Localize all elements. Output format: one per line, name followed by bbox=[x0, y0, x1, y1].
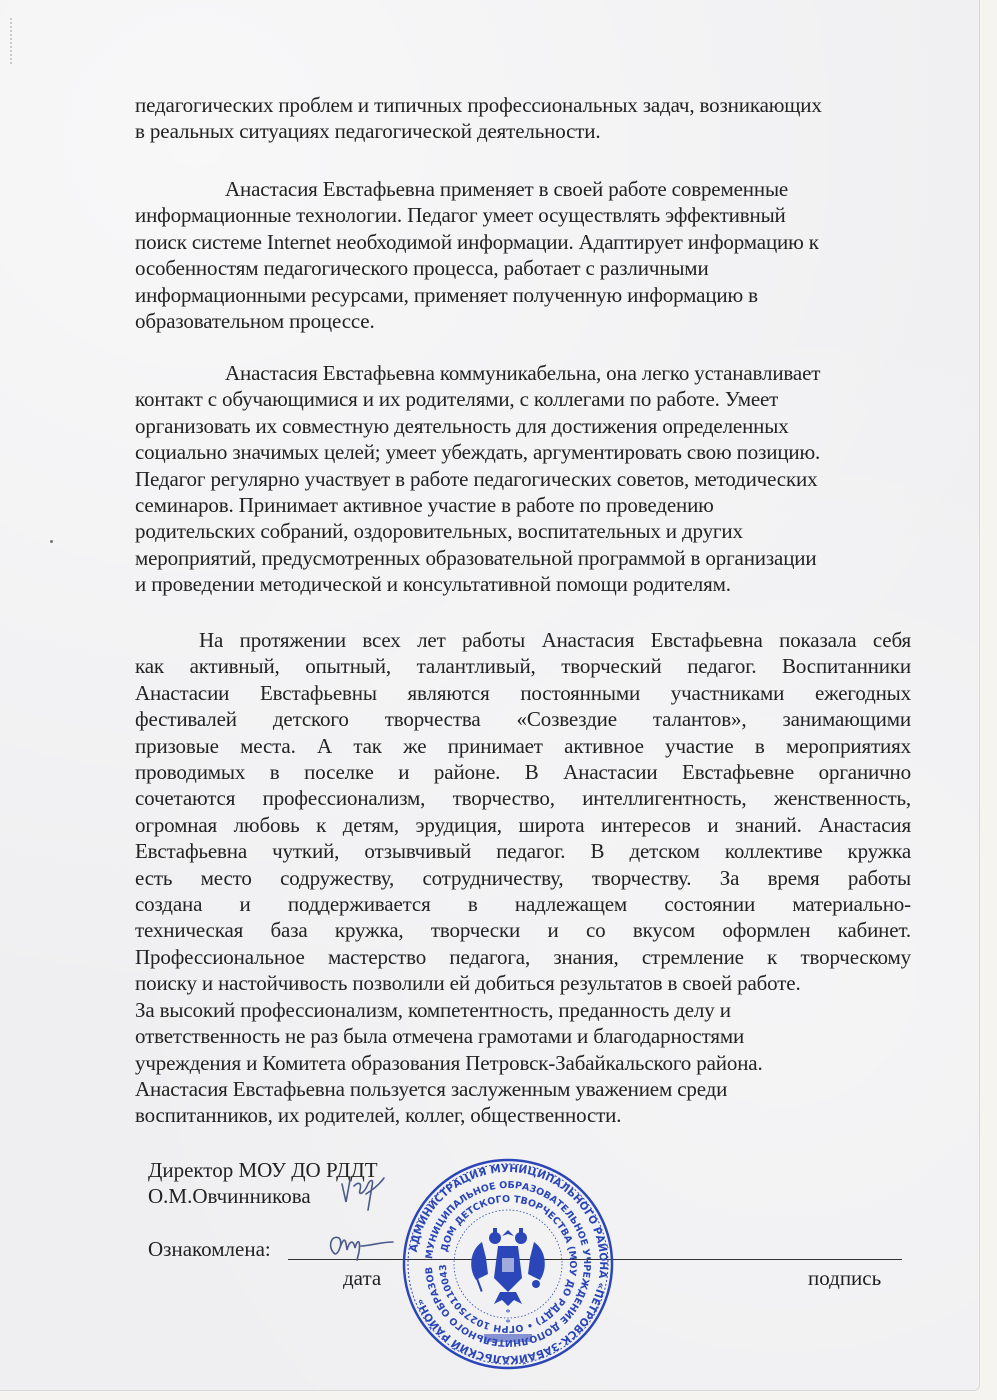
acknowledged-label: Ознакомлена: bbox=[148, 1237, 271, 1261]
text-line: родительских собраний, оздоровительных, … bbox=[135, 518, 915, 544]
text-line: социально значимых целей; умеет убеждать… bbox=[135, 439, 915, 465]
text-line: Евстафьевна чуткий, отзывчивый педагог. … bbox=[135, 838, 911, 864]
text-line: сочетаются профессионализм, творчество, … bbox=[135, 785, 911, 811]
text-line: учреждения и Комитета образования Петров… bbox=[135, 1050, 911, 1076]
text-line: За высокий профессионализм, компетентнос… bbox=[135, 997, 911, 1023]
text-line: На протяжении всех лет работы Анастасия … bbox=[135, 627, 911, 653]
text-line: в реальных ситуациях педагогической деят… bbox=[135, 118, 915, 144]
text-line: есть место содружеству, сотрудничеству, … bbox=[135, 865, 911, 891]
text-line: информационными ресурсами, применяет пол… bbox=[135, 282, 915, 308]
signature-caption: подпись bbox=[808, 1266, 881, 1290]
text-line: особенностям педагогического процесса, р… bbox=[135, 255, 915, 281]
text-line: педагогических проблем и типичных профес… bbox=[135, 92, 915, 118]
text-line: семинаров. Принимает активное участие в … bbox=[135, 492, 915, 518]
svg-text:*: * bbox=[506, 1318, 511, 1329]
text-line: фестивалей детского творчества «Созвезди… bbox=[135, 706, 911, 732]
document-page: педагогических проблем и типичных профес… bbox=[0, 0, 980, 1391]
paragraph-achievements: На протяжении всех лет работы Анастасия … bbox=[135, 627, 911, 1129]
text-line: информационные технологии. Педагог умеет… bbox=[135, 202, 915, 228]
text-line: ответственность не раз была отмечена гра… bbox=[135, 1023, 911, 1049]
text-line: и проведении методической и консультатив… bbox=[135, 571, 915, 597]
text-line: Анастасии Евстафьевны являются постоянны… bbox=[135, 680, 911, 706]
paragraph-communication: Анастасия Евстафьевна коммуникабельна, о… bbox=[135, 360, 915, 598]
scan-artifact bbox=[10, 18, 26, 64]
text-line: поиску и настойчивость позволили ей доби… bbox=[135, 970, 911, 996]
text-line: Анастасия Евстафьевна пользуется заслуже… bbox=[135, 1076, 911, 1102]
text-line: Профессиональное мастерство педагога, зн… bbox=[135, 944, 911, 970]
text-line: поиск системе Internet необходимой инфор… bbox=[135, 229, 915, 255]
director-name: О.М.Овчинникова bbox=[148, 1184, 311, 1208]
text-line: огромная любовь к детям, эрудиция, широт… bbox=[135, 812, 911, 838]
text-line: как активный, опытный, талантливый, твор… bbox=[135, 653, 911, 679]
paragraph-continuation: педагогических проблем и типичных профес… bbox=[135, 92, 915, 145]
text-line: создана и поддерживается в надлежащем со… bbox=[135, 891, 911, 917]
text-line: воспитанников, их родителей, коллег, общ… bbox=[135, 1102, 911, 1128]
text-line: Педагог регулярно участвует в работе пед… bbox=[135, 466, 915, 492]
acknowledgement-signature-icon bbox=[325, 1228, 395, 1262]
text-line: мероприятий, предусмотренных образовател… bbox=[135, 545, 915, 571]
scan-speck bbox=[50, 540, 53, 543]
director-signature-icon bbox=[338, 1172, 388, 1212]
text-line: Анастасия Евстафьевна применяет в своей … bbox=[135, 176, 915, 202]
text-line: Анастасия Евстафьевна коммуникабельна, о… bbox=[135, 360, 915, 386]
text-line: призовые места. А так же принимает актив… bbox=[135, 733, 911, 759]
official-stamp-icon: АДМИНИСТРАЦИЯ МУНИЦИПАЛЬНОГО РАЙОНА «ПЕТ… bbox=[402, 1158, 614, 1370]
text-line: проводимых в поселке и районе. В Анастас… bbox=[135, 759, 911, 785]
date-caption: дата bbox=[343, 1266, 381, 1290]
text-line: контакт с обучающимися и их родителями, … bbox=[135, 386, 915, 412]
text-line: организовать их совместную деятельность … bbox=[135, 413, 915, 439]
text-line: техническая база кружка, творчески и со … bbox=[135, 917, 911, 943]
paragraph-it-skills: Анастасия Евстафьевна применяет в своей … bbox=[135, 176, 915, 334]
text-line: образовательном процессе. bbox=[135, 308, 915, 334]
